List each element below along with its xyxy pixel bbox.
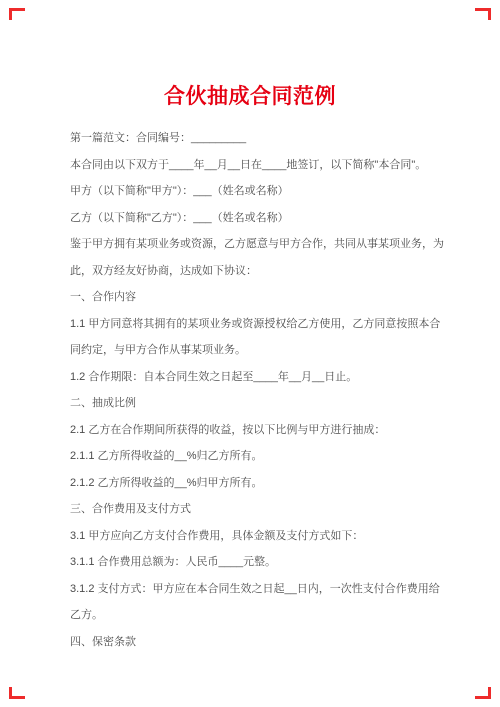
document-body: 第一篇范文：合同编号：_________ 本合同由以下双方于____年__月__… [70, 125, 448, 655]
paragraph-clause-1-1: 1.1 甲方同意将其拥有的某项业务或资源授权给乙方使用，乙方同意按照本合同约定，… [70, 311, 448, 364]
paragraph-clause-3-1-2: 3.1.2 支付方式：甲方应在本合同生效之日起__日内，一次性支付合作费用给乙方… [70, 576, 448, 629]
paragraph-signing-info: 本合同由以下双方于____年__月__日在____地签订，以下简称"本合同"。 [70, 152, 448, 179]
paragraph-party-b: 乙方（以下简称"乙方"）：___（姓名或名称） [70, 205, 448, 232]
section-heading-3: 三、合作费用及支付方式 [70, 496, 448, 523]
paragraph-clause-3-1-1: 3.1.1 合作费用总额为：人民币____元整。 [70, 549, 448, 576]
paragraph-clause-1-2: 1.2 合作期限：自本合同生效之日起至____年__月__日止。 [70, 364, 448, 391]
corner-mark-top-right [475, 8, 491, 20]
corner-mark-bottom-left [9, 687, 25, 699]
paragraph-preamble: 鉴于甲方拥有某项业务或资源，乙方愿意与甲方合作，共同从事某项业务，为此，双方经友… [70, 231, 448, 284]
corner-mark-bottom-right [475, 687, 491, 699]
paragraph-party-a: 甲方（以下简称"甲方"）：___（姓名或名称） [70, 178, 448, 205]
section-heading-1: 一、合作内容 [70, 284, 448, 311]
paragraph-clause-2-1: 2.1 乙方在合作期间所获得的收益，按以下比例与甲方进行抽成： [70, 417, 448, 444]
document-title: 合伙抽成合同范例 [0, 85, 500, 108]
section-heading-2: 二、抽成比例 [70, 390, 448, 417]
document-page: 合伙抽成合同范例 第一篇范文：合同编号：_________ 本合同由以下双方于_… [0, 0, 500, 707]
paragraph-clause-2-1-1: 2.1.1 乙方所得收益的__%归乙方所有。 [70, 443, 448, 470]
paragraph-intro-label: 第一篇范文：合同编号：_________ [70, 125, 448, 152]
paragraph-clause-3-1: 3.1 甲方应向乙方支付合作费用，具体金额及支付方式如下： [70, 523, 448, 550]
corner-mark-top-left [9, 8, 25, 20]
paragraph-clause-2-1-2: 2.1.2 乙方所得收益的__%归甲方所有。 [70, 470, 448, 497]
section-heading-4: 四、保密条款 [70, 629, 448, 656]
